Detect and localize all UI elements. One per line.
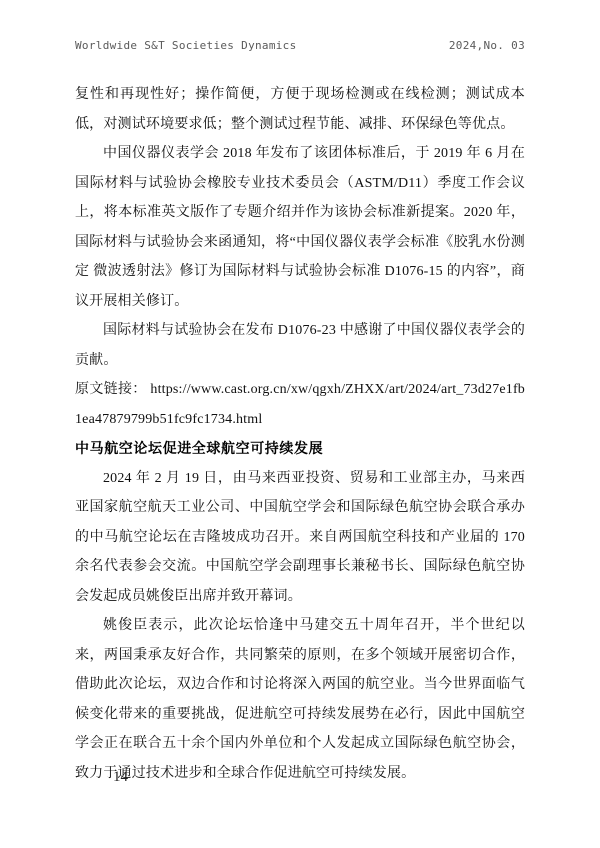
header-issue-number: 2024,No. 03 — [449, 39, 525, 52]
paragraph-standard-thanks: 国际材料与试验协会在发布 D1076-23 中感谢了中国仪器仪表学会的贡献。 — [75, 316, 525, 375]
source-link-line: 原文链接： https://www.cast.org.cn/xw/qgxh/ZH… — [75, 375, 525, 434]
header-journal-title: Worldwide S&T Societies Dynamics — [75, 39, 297, 52]
paragraph-forum-speech: 姚俊臣表示，此次论坛恰逢中马建交五十周年召开，半个世纪以来，两国秉承友好合作，共… — [75, 611, 525, 788]
source-link-label: 原文链接： — [75, 382, 147, 397]
page-body: 复性和再现性好；操作简便，方便于现场检测或在线检测；测试成本低，对测试环境要求低… — [75, 80, 525, 788]
running-header: Worldwide S&T Societies Dynamics 2024,No… — [75, 39, 525, 52]
document-page: Worldwide S&T Societies Dynamics 2024,No… — [0, 0, 600, 848]
paragraph-forum-event: 2024 年 2 月 19 日，由马来西亚投资、贸易和工业部主办，马来西亚国家航… — [75, 464, 525, 612]
article-title-aviation-forum: 中马航空论坛促进全球航空可持续发展 — [75, 434, 525, 464]
paragraph-continuation: 复性和再现性好；操作简便，方便于现场检测或在线检测；测试成本低，对测试环境要求低… — [75, 80, 525, 139]
paragraph-standard-history: 中国仪器仪表学会 2018 年发布了该团体标准后，于 2019 年 6 月在国际… — [75, 139, 525, 316]
page-number: 14 — [113, 769, 128, 786]
